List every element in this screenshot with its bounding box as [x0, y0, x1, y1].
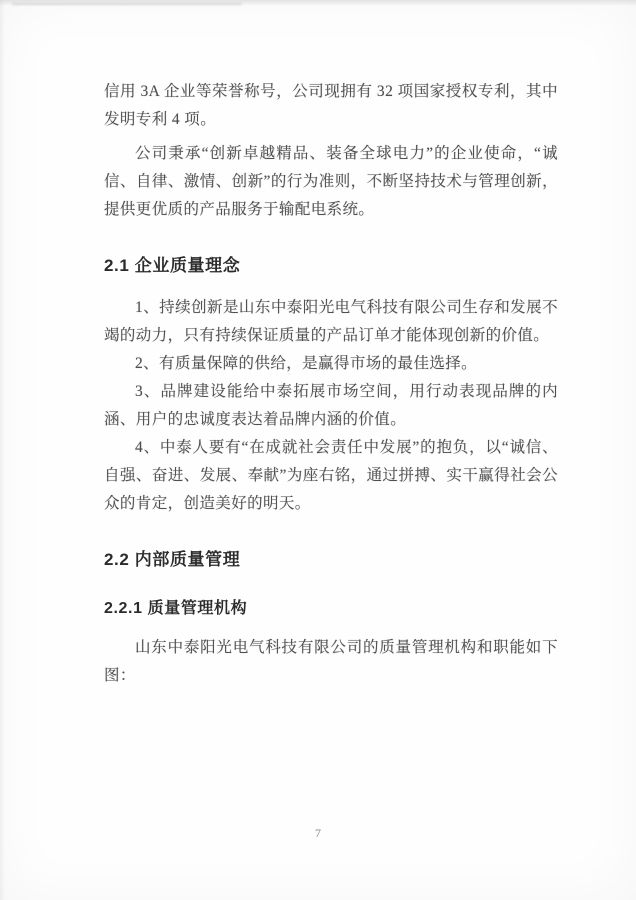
scanned-document-page: 信用 3A 企业等荣誉称号，公司现拥有 32 项国家授权专利，其中发明专利 4 … — [0, 0, 636, 900]
page-number: 7 — [0, 826, 636, 841]
list-item-4: 4、中泰人要有“在成就社会责任中发展”的抱负，以“诚信、自强、奋进、发展、奉献”… — [104, 434, 558, 518]
document-body: 信用 3A 企业等荣誉称号，公司现拥有 32 项国家授权专利，其中发明专利 4 … — [104, 78, 558, 690]
list-item-1: 1、持续创新是山东中泰阳光电气科技有限公司生存和发展不竭的动力，只有持续保证质量… — [104, 294, 558, 350]
intro-paragraph: 信用 3A 企业等荣誉称号，公司现拥有 32 项国家授权专利，其中发明专利 4 … — [104, 78, 558, 134]
scan-artifact — [12, 3, 242, 5]
subsection-heading-2-2-1: 2.2.1 质量管理机构 — [104, 598, 558, 620]
mission-paragraph: 公司秉承“创新卓越精品、装备全球电力”的企业使命，“诚信、自律、激情、创新”的行… — [104, 140, 558, 224]
list-item-3: 3、品牌建设能给中泰拓展市场空间，用行动表现品牌的内涵、用户的忠诚度表达着品牌内… — [104, 378, 558, 434]
scan-edge-left — [0, 0, 5, 900]
list-item-2: 2、有质量保障的供给，是赢得市场的最佳选择。 — [104, 350, 558, 378]
section-heading-2-1: 2.1 企业质量理念 — [104, 254, 558, 278]
org-structure-paragraph: 山东中泰阳光电气科技有限公司的质量管理机构和职能如下图： — [104, 634, 558, 690]
quality-principles-list: 1、持续创新是山东中泰阳光电气科技有限公司生存和发展不竭的动力，只有持续保证质量… — [104, 294, 558, 518]
section-heading-2-2: 2.2 内部质量管理 — [104, 548, 558, 572]
